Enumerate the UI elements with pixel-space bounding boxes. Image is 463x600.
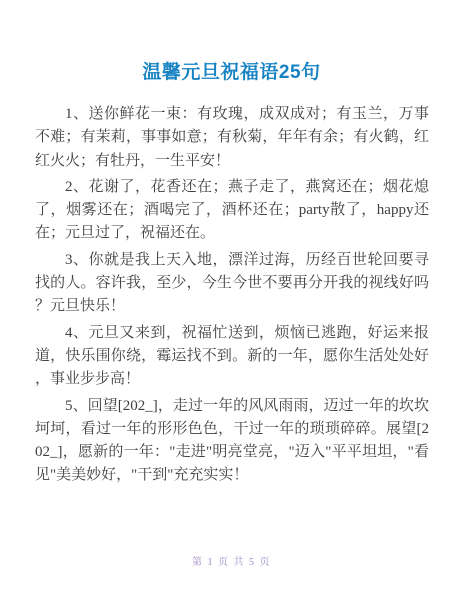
page-footer: 第 1 页 共 5 页 [0,553,463,568]
paragraph-5: 5、回望[202_]，走过一年的风风雨雨，迈过一年的坎坎坷坷，看过一年的形形色色… [35,395,429,488]
paragraph-3: 3、你就是我上天入地，漂洋过海，历经百世轮回要寻找的人。容许我，至少，今生今世不… [35,249,429,319]
page-title: 温馨元旦祝福语25句 [0,0,463,84]
paragraph-1: 1、送你鲜花一束：有玫瑰，成双成对；有玉兰，万事不难；有茉莉，事事如意；有秋菊，… [35,103,429,173]
paragraph-2: 2、花谢了，花香还在；燕子走了，燕窝还在；烟花熄了，烟雾还在；酒喝完了，酒杯还在… [35,176,429,246]
document-page: 温馨元旦祝福语25句 1、送你鲜花一束：有玫瑰，成双成对；有玉兰，万事不难；有茉… [0,0,463,600]
paragraph-4: 4、元旦又来到，祝福忙送到，烦恼已逃跑，好运来报道，快乐围你绕，霉运找不到。新的… [35,322,429,392]
document-body: 1、送你鲜花一束：有玫瑰，成双成对；有玉兰，万事不难；有茉莉，事事如意；有秋菊，… [35,103,429,491]
